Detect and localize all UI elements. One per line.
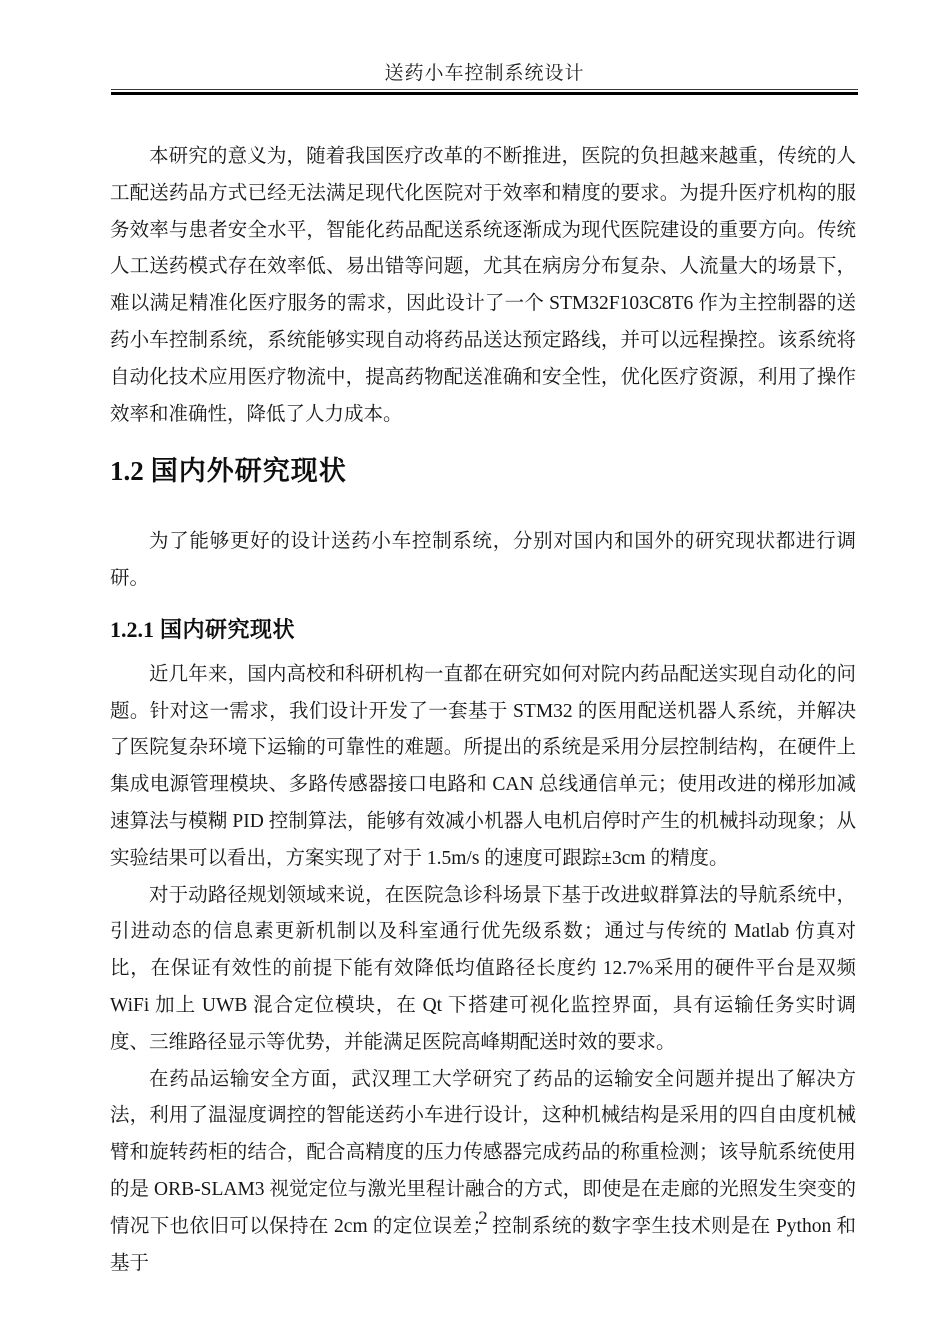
page-header: 送药小车控制系统设计 bbox=[111, 0, 858, 95]
subsection-number: 1.2.1 bbox=[110, 617, 154, 642]
page-footer: 2 bbox=[110, 1207, 856, 1231]
header-divider bbox=[111, 89, 858, 95]
header-divider-thick-line bbox=[111, 92, 858, 95]
paragraph-section-intro: 为了能够更好的设计送药小车控制系统，分别对国内和国外的研究现状都进行调研。 bbox=[110, 524, 856, 598]
subsection-title: 国内研究现状 bbox=[160, 617, 295, 642]
document-page: 送药小车控制系统设计 本研究的意义为，随着我国医疗改革的不断推进，医院的负担越来… bbox=[0, 0, 950, 1344]
document-body: 本研究的意义为，随着我国医疗改革的不断推进，医院的负担越来越重，传统的人工配送药… bbox=[110, 139, 856, 1282]
subsection-heading-1-2-1: 1.2.1国内研究现状 bbox=[110, 612, 856, 649]
paragraph-path-planning: 对于动路径规划领域来说，在医院急诊科场景下基于改进蚁群算法的导航系统中，引进动态… bbox=[110, 878, 856, 1062]
section-heading-1-2: 1.2国内外研究现状 bbox=[110, 453, 856, 489]
paragraph-domestic-research-1: 近几年来，国内高校和科研机构一直都在研究如何对院内药品配送实现自动化的问题。针对… bbox=[110, 657, 856, 878]
paragraph-research-significance: 本研究的意义为，随着我国医疗改革的不断推进，医院的负担越来越重，传统的人工配送药… bbox=[110, 139, 856, 433]
section-number: 1.2 bbox=[110, 456, 144, 486]
page-number: 2 bbox=[478, 1208, 488, 1229]
paragraph-transport-safety: 在药品运输安全方面，武汉理工大学研究了药品的运输安全问题并提出了解决方法，利用了… bbox=[110, 1062, 856, 1283]
section-title: 国内外研究现状 bbox=[151, 456, 347, 486]
running-header-title: 送药小车控制系统设计 bbox=[111, 63, 858, 85]
